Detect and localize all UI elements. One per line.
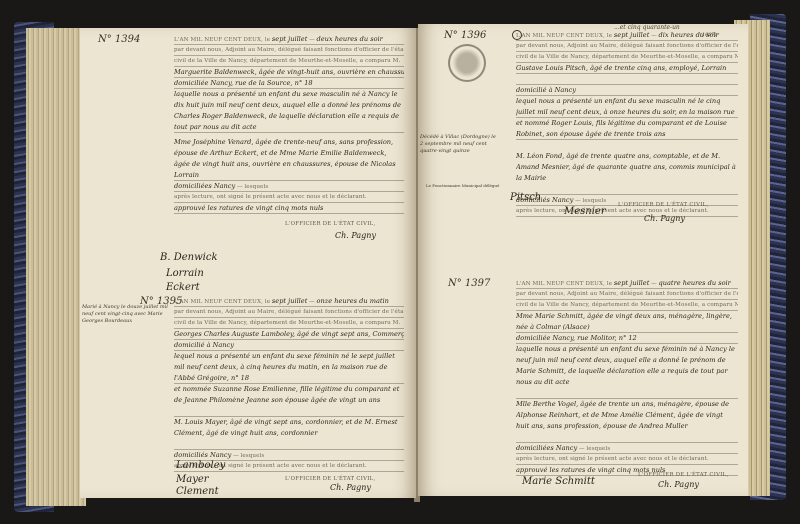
- mother: et nommé Roger Louis, fils légitime du c…: [516, 118, 738, 140]
- child-details: lequel nous a présenté un enfant du sexe…: [516, 96, 738, 118]
- officer-signature: Ch. Pagny: [658, 480, 699, 489]
- declarant: Georges Charles Auguste Lamboley, âgé de…: [174, 329, 404, 340]
- left-page: N° 1394 L'AN MIL NEUF CENT DEUX, le sept…: [80, 28, 416, 498]
- address: domicilié à Nancy: [516, 85, 738, 96]
- officer-signature: Ch. Pagny: [644, 214, 685, 223]
- signature: Mesnier: [564, 206, 606, 217]
- witnesses: Mlle Berthe Vogel, âgée de trente un ans…: [516, 399, 738, 443]
- officer-signature: Ch. Pagny: [335, 231, 376, 240]
- declarant: Gustave Louis Pitsch, âgé de trente cinq…: [516, 63, 738, 74]
- witnesses: M. Léon Fond, âgé de trente quatre ans, …: [516, 151, 738, 195]
- child-details: laquelle nous a présenté un enfant du se…: [174, 89, 404, 133]
- birth-entry-1395: L'AN MIL NEUF CENT DEUX, le sept juillet…: [174, 296, 404, 472]
- address: domiciliée Nancy, rue Molitor, n° 12: [516, 333, 738, 344]
- address: domiciliée Nancy, rue de la Source, n° 1…: [174, 78, 404, 89]
- address: domicilié à Nancy: [174, 340, 404, 351]
- entry-number: N° 1397: [448, 278, 490, 289]
- signature: Marie Schmitt: [522, 476, 595, 487]
- officer-label: L'OFFICIER DE L'ÉTAT CIVIL,: [618, 202, 708, 208]
- officer-label: L'OFFICIER DE L'ÉTAT CIVIL,: [638, 472, 728, 478]
- margin-note: Marié à Nancy le douze juillet mil neuf …: [82, 304, 174, 325]
- signature: Mayer: [176, 474, 209, 485]
- signature: Lamboley: [176, 460, 225, 471]
- signature: Clement: [176, 486, 219, 497]
- officer-signature: Ch. Pagny: [330, 483, 371, 492]
- declarant: Marguerite Baldenweck, âgée de vingt-hui…: [174, 67, 404, 78]
- child-details: lequel nous a présenté un enfant du sexe…: [174, 351, 404, 384]
- signature: Eckert: [166, 282, 200, 293]
- birth-entry-1394: L'AN MIL NEUF CENT DEUX, le sept juillet…: [174, 34, 404, 214]
- right-page: ...et cinq quarante-un (1007) N° 1396 Dé…: [418, 24, 748, 496]
- signature: Pitsch: [510, 192, 541, 203]
- signature: Lorrain: [166, 268, 204, 279]
- child-details: laquelle nous a présenté un enfant du se…: [516, 344, 738, 399]
- entry-date: sept juillet: [272, 35, 307, 43]
- margin-note: Décédé à Villac (Dordogne) le 2 septembr…: [420, 134, 498, 155]
- municipal-seal-stamp: [448, 44, 486, 82]
- birth-entry-1396: L'AN MIL NEUF CENT DEUX, le sept juillet…: [516, 30, 738, 217]
- officer-label: L'OFFICIER DE L'ÉTAT CIVIL,: [285, 476, 375, 482]
- birth-entry-1397: L'AN MIL NEUF CENT DEUX, le sept juillet…: [516, 278, 738, 476]
- witnesses: Mme Joséphine Venard, âgée de trente-neu…: [174, 137, 404, 181]
- page-edges-left: [26, 28, 86, 506]
- officer-label: L'OFFICIER DE L'ÉTAT CIVIL,: [285, 221, 375, 227]
- witnesses: M. Louis Mayer, âgé de vingt sept ans, c…: [174, 417, 404, 450]
- declarant: Mme Marie Schmitt, âgée de vingt deux an…: [516, 311, 738, 333]
- register-book: N° 1394 L'AN MIL NEUF CENT DEUX, le sept…: [14, 14, 786, 514]
- entry-number: N° 1396: [444, 30, 486, 41]
- margin-stamp-label: Le Fonctionnaire Municipal délégué: [426, 182, 499, 189]
- signature: B. Denwick: [160, 252, 218, 263]
- mother: et nommée Suzanne Rose Emilienne, fille …: [174, 384, 404, 417]
- entry-number: N° 1394: [98, 34, 140, 45]
